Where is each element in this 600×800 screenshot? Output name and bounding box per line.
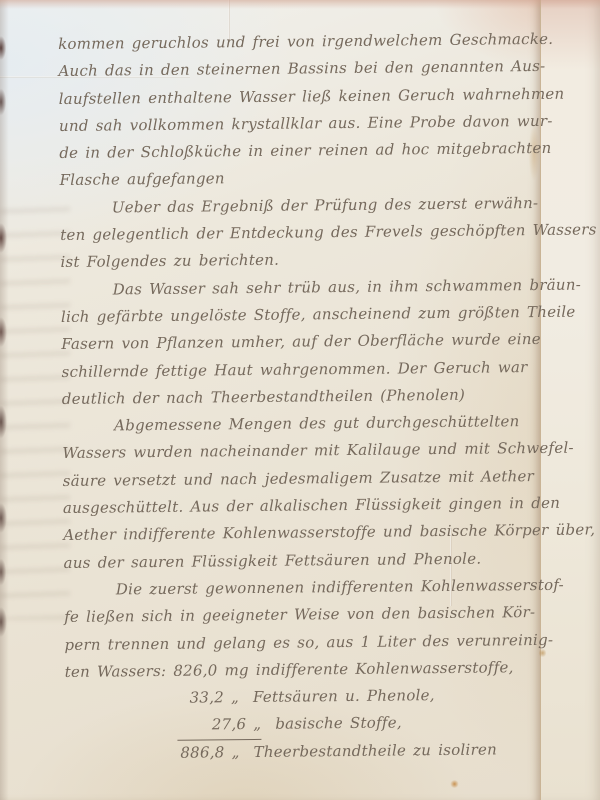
- text-line: ten gelegentlich der Entdeckung des Frev…: [60, 217, 544, 249]
- manuscript-text: kommen geruchlos und frei von irgendwelc…: [58, 26, 550, 768]
- measurement-value: 27,6 „: [177, 711, 261, 740]
- measurement-label: basische Stoffe,: [275, 714, 402, 733]
- binding-shadow: [0, 0, 11, 800]
- manuscript-photo: kommen geruchlos und frei von irgendwelc…: [0, 0, 600, 800]
- manuscript-page: kommen geruchlos und frei von irgendwelc…: [0, 0, 541, 800]
- measurement-total-label: Theerbestandtheile zu isoliren: [253, 740, 497, 761]
- measurement-line-total: 886,8 „Theerbestandtheile zu isoliren: [65, 736, 549, 768]
- text-line: de in der Schloßküche in einer reinen ad…: [59, 135, 543, 167]
- text-line: schillernde fettige Haut wahrgenommen. D…: [61, 353, 545, 385]
- fox-stain: [450, 780, 459, 788]
- top-edge-tint: [0, 0, 600, 9]
- text-line: ten Wassers: 826,0 mg indifferente Kohle…: [65, 654, 549, 686]
- measurement-value: 33,2 „: [177, 684, 239, 712]
- measurement-total-value: 886,8 „: [177, 739, 239, 767]
- measurement-label: Fettsäuren u. Phenole,: [253, 686, 435, 706]
